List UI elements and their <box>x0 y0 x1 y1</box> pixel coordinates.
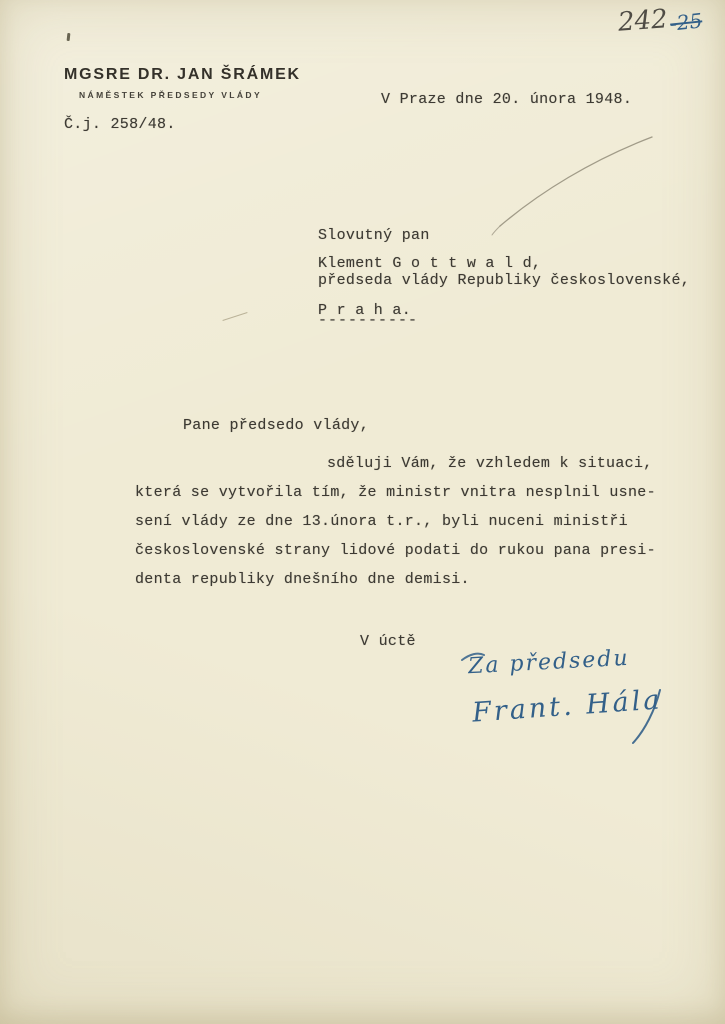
letterhead-name: MGSRE DR. JAN ŠRÁMEK <box>64 66 301 84</box>
addressee-title: předseda vlády Republiky československé, <box>318 272 690 289</box>
addressee-underline: ---------- <box>318 312 418 329</box>
reference-number: Č.j. 258/48. <box>64 116 176 133</box>
ink-speck <box>67 33 71 41</box>
pencil-stroke <box>0 0 725 1024</box>
addressee-salutation: Slovutný pan <box>318 227 430 244</box>
signature-line1: Za předsedu <box>467 646 630 679</box>
body-line: československé strany lidové podati do r… <box>135 542 656 559</box>
body-line: sděluji Vám, že vzhledem k situaci, <box>327 455 653 472</box>
signature-line2: Frant. Hála <box>471 684 663 728</box>
paper-scratch <box>222 312 247 321</box>
document-page: 242-25 MGSRE DR. JAN ŠRÁMEK NÁMĚSTEK PŘE… <box>0 0 725 1024</box>
letterhead-title: NÁMĚSTEK PŘEDSEDY VLÁDY <box>79 90 262 100</box>
closing: V úctě <box>360 633 416 650</box>
body-line: která se vytvořila tím, že ministr vnitr… <box>135 484 656 501</box>
body-salutation: Pane předsedo vlády, <box>183 417 369 434</box>
body-line: sení vlády ze dne 13.února t.r., byli nu… <box>135 513 628 530</box>
body-line: denta republiky dnešního dne demisi. <box>135 571 470 588</box>
dateline: V Praze dne 20. února 1948. <box>381 91 632 108</box>
signature-flourish <box>0 0 725 1024</box>
archival-number: 242 <box>617 4 669 37</box>
addressee-name: Klement G o t t w a l d, <box>318 255 541 272</box>
crossed-out-number: -25 <box>668 8 703 35</box>
archival-number-group: 242-25 <box>618 6 702 36</box>
